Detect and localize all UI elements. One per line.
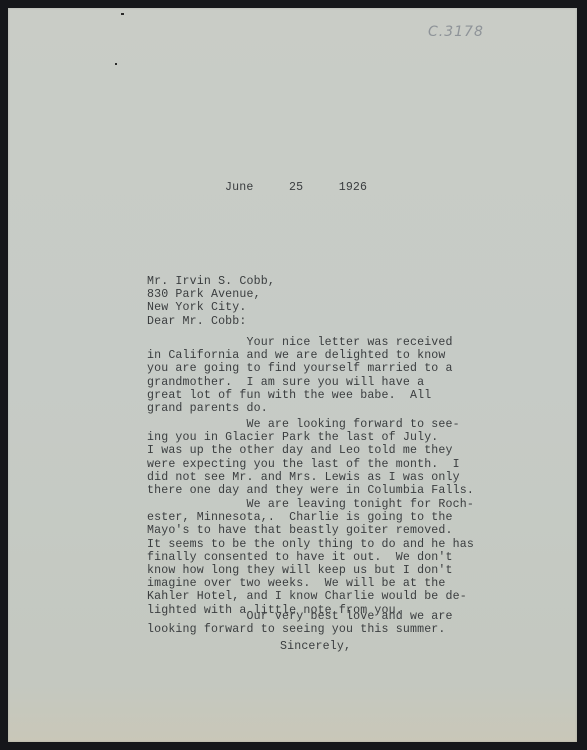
paper-blemish	[115, 63, 117, 65]
text-line: It seems to be the only thing to do and …	[147, 538, 474, 551]
text-line: there one day and they were in Columbia …	[147, 484, 474, 497]
archive-catalog-mark: C.3178	[428, 24, 484, 40]
paragraph-1: Your nice letter was receivedin Californ…	[147, 336, 453, 415]
text-line: Our very best love and we are	[147, 610, 453, 623]
text-line: I was up the other day and Leo told me t…	[147, 444, 474, 457]
text-line: great lot of fun with the wee babe. All	[147, 389, 453, 402]
text-line: in California and we are delighted to kn…	[147, 349, 453, 362]
text-line: you are going to find yourself married t…	[147, 362, 453, 375]
address-line: Mr. Irvin S. Cobb,	[147, 275, 275, 288]
text-line: ester, Minnesota,. Charlie is going to t…	[147, 511, 474, 524]
address-line: 830 Park Avenue,	[147, 288, 275, 301]
address-line: New York City.	[147, 301, 275, 314]
paragraph-3: We are leaving tonight for Roch-ester, M…	[147, 498, 474, 617]
text-line: grand parents do.	[147, 402, 453, 415]
recipient-address: Mr. Irvin S. Cobb,830 Park Avenue,New Yo…	[147, 275, 275, 315]
text-line: were expecting you the last of the month…	[147, 458, 474, 471]
text-line: We are leaving tonight for Roch-	[147, 498, 474, 511]
text-line: finally consented to have it out. We don…	[147, 551, 474, 564]
closing: Sincerely,	[280, 640, 351, 653]
paper-blemish	[121, 13, 124, 15]
text-line: Kahler Hotel, and I know Charlie would b…	[147, 590, 474, 603]
text-line: We are looking forward to see-	[147, 418, 474, 431]
text-line: looking forward to seeing you this summe…	[147, 623, 453, 636]
text-line: Your nice letter was received	[147, 336, 453, 349]
text-line: did not see Mr. and Mrs. Lewis as I was …	[147, 471, 474, 484]
paragraph-4: Our very best love and we arelooking for…	[147, 610, 453, 636]
text-line: grandmother. I am sure you will have a	[147, 376, 453, 389]
text-line: ing you in Glacier Park the last of July…	[147, 431, 474, 444]
salutation: Dear Mr. Cobb:	[147, 315, 247, 328]
text-line: Mayo's to have that beastly goiter remov…	[147, 524, 474, 537]
paragraph-2: We are looking forward to see-ing you in…	[147, 418, 474, 497]
letter-date: June 25 1926	[225, 181, 367, 194]
text-line: know how long they will keep us but I do…	[147, 564, 474, 577]
text-line: imagine over two weeks. We will be at th…	[147, 577, 474, 590]
